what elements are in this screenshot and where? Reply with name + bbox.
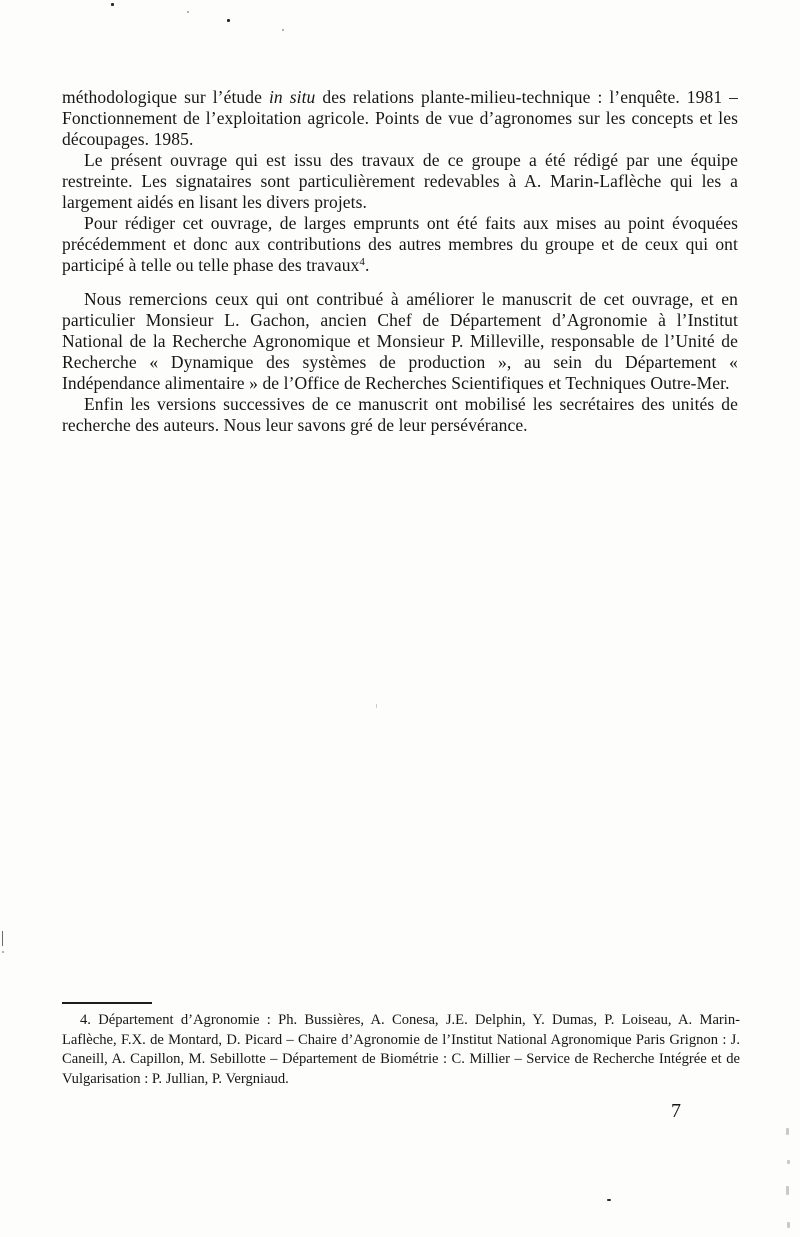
footnote-separator	[62, 1002, 152, 1004]
scan-artifact	[786, 1128, 789, 1135]
paragraph-text: Pour rédiger cet ouvrage, de larges empr…	[62, 213, 738, 275]
paragraph: Pour rédiger cet ouvrage, de larges empr…	[62, 213, 738, 276]
paragraph: méthodologique sur l’étude in situ des r…	[62, 87, 738, 150]
scan-artifact	[187, 11, 189, 13]
scan-artifact	[282, 29, 284, 31]
page-number: 7	[671, 1099, 681, 1123]
scan-artifact	[786, 1186, 789, 1195]
scan-artifact	[2, 951, 4, 953]
scan-artifact	[607, 1199, 611, 1201]
paragraph-text: .	[365, 255, 369, 275]
paragraph: Le présent ouvrage qui est issu des trav…	[62, 150, 738, 213]
scan-artifact	[787, 1222, 790, 1228]
scan-artifact	[111, 3, 114, 6]
scan-artifact	[227, 19, 230, 22]
italic-phrase: in situ	[269, 87, 315, 107]
paragraph: Nous remercions ceux qui ont contribué à…	[62, 289, 738, 394]
paragraph: Enfin les versions successives de ce man…	[62, 394, 738, 436]
scan-artifact	[2, 931, 3, 946]
scan-artifact	[787, 1160, 790, 1164]
footnote-block: 4. Département d’Agronomie : Ph. Bussièr…	[62, 1002, 740, 1089]
book-page: méthodologique sur l’étude in situ des r…	[0, 0, 800, 1237]
paragraph-text: méthodologique sur l’étude	[62, 87, 269, 107]
scan-artifact	[376, 704, 377, 708]
body-text: méthodologique sur l’étude in situ des r…	[62, 87, 738, 436]
footnote: 4. Département d’Agronomie : Ph. Bussièr…	[62, 1011, 740, 1089]
